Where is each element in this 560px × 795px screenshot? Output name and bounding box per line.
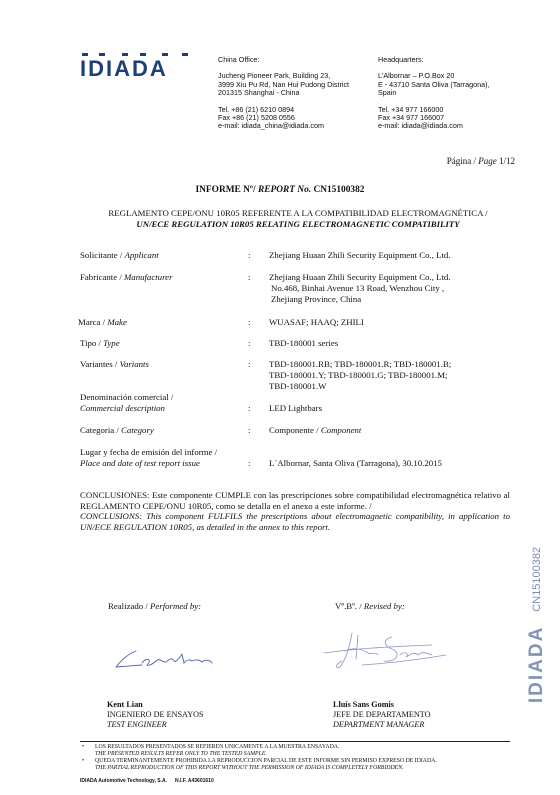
field-value: Componente / bbox=[269, 425, 321, 435]
field-value: LED Lightbars bbox=[269, 403, 519, 414]
performed-by-label: Realizado / Performed by: bbox=[108, 601, 201, 611]
field-label-en: Manufacturer bbox=[124, 272, 173, 282]
revised-label-en: Revised by: bbox=[364, 601, 405, 611]
footnote-item: • QUEDA TERMINANTEMENTE PROHIBIDA LA REP… bbox=[80, 758, 510, 772]
footnote-en: THE PARTIAL REPRODUCTION OF THIS REPORT … bbox=[95, 765, 510, 772]
bullet-icon: • bbox=[82, 744, 84, 751]
field-label-en: Type bbox=[103, 338, 119, 348]
field-label: Marca / bbox=[78, 317, 107, 327]
footnote-es: LOS RESULTADOS PRESENTADOS SE REFIEREN U… bbox=[95, 744, 510, 751]
footer-divider bbox=[80, 741, 510, 742]
performer-info: Kent Lian INGENIERO DE ENSAYOS TEST ENGI… bbox=[107, 700, 204, 729]
hq-address-line: Spain bbox=[378, 89, 518, 97]
colon: : bbox=[248, 250, 250, 261]
china-email: e-mail: idiada_china@idiada.com bbox=[218, 122, 376, 130]
page-label-es: Página / bbox=[447, 156, 479, 166]
regulation-heading: REGLAMENTO CEPE/ONU 10R05 REFERENTE A LA… bbox=[60, 208, 536, 229]
performer-name: Kent Lian bbox=[107, 700, 204, 710]
field-value: Zhejiang Huaan Zhili Security Equipment … bbox=[269, 250, 519, 261]
china-address-line: 201315 Shanghai - China bbox=[218, 89, 376, 97]
field-value: TBD-180001 series bbox=[269, 338, 519, 349]
footnote-es: QUEDA TERMINANTEMENTE PROHIBIDA LA REPRO… bbox=[95, 758, 510, 765]
performer-role-en: TEST ENGINEER bbox=[107, 720, 204, 730]
conclusions: CONCLUSIONES: Este componente CUMPLE con… bbox=[80, 490, 510, 532]
side-stamp: IDIADA CN15100382 bbox=[522, 530, 552, 720]
china-office-title: China Office: bbox=[218, 56, 376, 64]
field-value: TBD-180001.RB; TBD-180001.R; TBD-180001.… bbox=[269, 359, 519, 370]
field-label: Tipo / bbox=[80, 338, 103, 348]
regulation-es: REGLAMENTO CEPE/ONU 10R05 REFERENTE A LA… bbox=[60, 208, 536, 219]
logo-text: IDIADA bbox=[80, 57, 195, 81]
page-number-value: 1/12 bbox=[499, 156, 515, 166]
conclusions-en: CONCLUSIONS: This component FULFILS the … bbox=[80, 511, 510, 532]
footnotes: • LOS RESULTADOS PRESENTADOS SE REFIEREN… bbox=[80, 744, 510, 772]
performed-label-es: Realizado / bbox=[108, 601, 150, 611]
field-label: Variantes / bbox=[80, 359, 120, 369]
field-label-en: Applicant bbox=[124, 250, 158, 260]
performer-role-es: INGENIERO DE ENSAYOS bbox=[107, 710, 204, 720]
china-office-block: China Office: Jucheng Pioneer Park, Buil… bbox=[218, 56, 376, 131]
field-label-en: Variants bbox=[120, 359, 149, 369]
revised-by-label: Vº.Bº. / Revised by: bbox=[335, 601, 405, 611]
field-value: Zhejiang Huaan Zhili Security Equipment … bbox=[269, 272, 519, 283]
report-label-es: INFORME Nº/ bbox=[196, 185, 258, 195]
colon: : bbox=[248, 458, 250, 469]
field-label-en: Category bbox=[121, 425, 154, 435]
footnote-item: • LOS RESULTADOS PRESENTADOS SE REFIEREN… bbox=[80, 744, 510, 758]
side-stamp-report-number: CN15100382 bbox=[531, 547, 543, 612]
hq-title: Headquarters: bbox=[378, 56, 518, 64]
revised-label-es: Vº.Bº. / bbox=[335, 601, 364, 611]
performed-label-en: Performed by: bbox=[150, 601, 201, 611]
signature-lluis-sans bbox=[322, 625, 452, 675]
report-title: INFORME Nº/ REPORT No. CN15100382 bbox=[0, 185, 560, 195]
colon: : bbox=[248, 403, 250, 414]
side-stamp-logo: IDIADA bbox=[526, 626, 548, 703]
reviser-info: Lluís Sans Gomis JEFE DE DEPARTAMENTO DE… bbox=[333, 700, 431, 729]
page-number: Página / Page 1/12 bbox=[447, 156, 515, 166]
field-label-en: Place and date of test report issue bbox=[80, 458, 270, 469]
hq-address-line: E - 43710 Santa Oliva (Tarragona), bbox=[378, 81, 518, 89]
footer-company: IDIADA Automotive Technology, S.A. bbox=[80, 778, 167, 784]
reviser-role-en: DEPARTMENT MANAGER bbox=[333, 720, 431, 730]
page-label-en: Page bbox=[478, 156, 497, 166]
colon: : bbox=[248, 359, 250, 370]
field-value: TBD-180001.Y; TBD-180001.G; TBD-180001.M… bbox=[269, 370, 519, 381]
field-label: Lugar y fecha de emisión del informe / bbox=[80, 447, 270, 458]
headquarters-block: Headquarters: L'Albornar – P.O.Box 20 E … bbox=[378, 56, 518, 131]
colon: : bbox=[248, 272, 250, 283]
field-value: TBD-180001.W bbox=[269, 381, 519, 392]
report-label-en: REPORT No. bbox=[258, 185, 311, 195]
field-value: L´Albornar, Santa Oliva (Tarragona), 30.… bbox=[269, 458, 519, 469]
colon: : bbox=[248, 338, 250, 349]
colon: : bbox=[248, 317, 250, 328]
regulation-en: UN/ECE REGULATION 10R05 RELATING ELECTRO… bbox=[60, 219, 536, 230]
reviser-name: Lluís Sans Gomis bbox=[333, 700, 431, 710]
hq-email: e-mail: idiada@idiada.com bbox=[378, 122, 518, 130]
field-value: No.468, Binhai Avenue 13 Road, Wenzhou C… bbox=[269, 283, 519, 294]
field-value: WUASAF; HAAQ; ZHILI bbox=[269, 317, 519, 328]
field-label: Denominación comercial / bbox=[80, 392, 245, 403]
colon: : bbox=[248, 425, 250, 436]
footer-nif: N.I.F. A43601610 bbox=[175, 778, 214, 784]
reviser-role-es: JEFE DE DEPARTAMENTO bbox=[333, 710, 431, 720]
field-label: Categoria / bbox=[80, 425, 121, 435]
footnote-en: THE PRESENTED RESULTS REFER ONLY TO THE … bbox=[95, 751, 510, 758]
signature-kent-lian bbox=[112, 645, 222, 675]
field-label-en: Commercial description bbox=[80, 403, 245, 414]
field-label-en: Make bbox=[107, 317, 127, 327]
field-label: Fabricante / bbox=[80, 272, 124, 282]
conclusions-es: CONCLUSIONES: Este componente CUMPLE con… bbox=[80, 490, 510, 511]
idiada-logo: IDIADA bbox=[80, 57, 195, 81]
field-value: Zhejiang Province, China bbox=[269, 294, 519, 305]
field-label: Solicitante / bbox=[80, 250, 124, 260]
report-number: CN15100382 bbox=[313, 185, 364, 195]
field-value-en: Component bbox=[321, 425, 362, 435]
bullet-icon: • bbox=[82, 758, 84, 765]
